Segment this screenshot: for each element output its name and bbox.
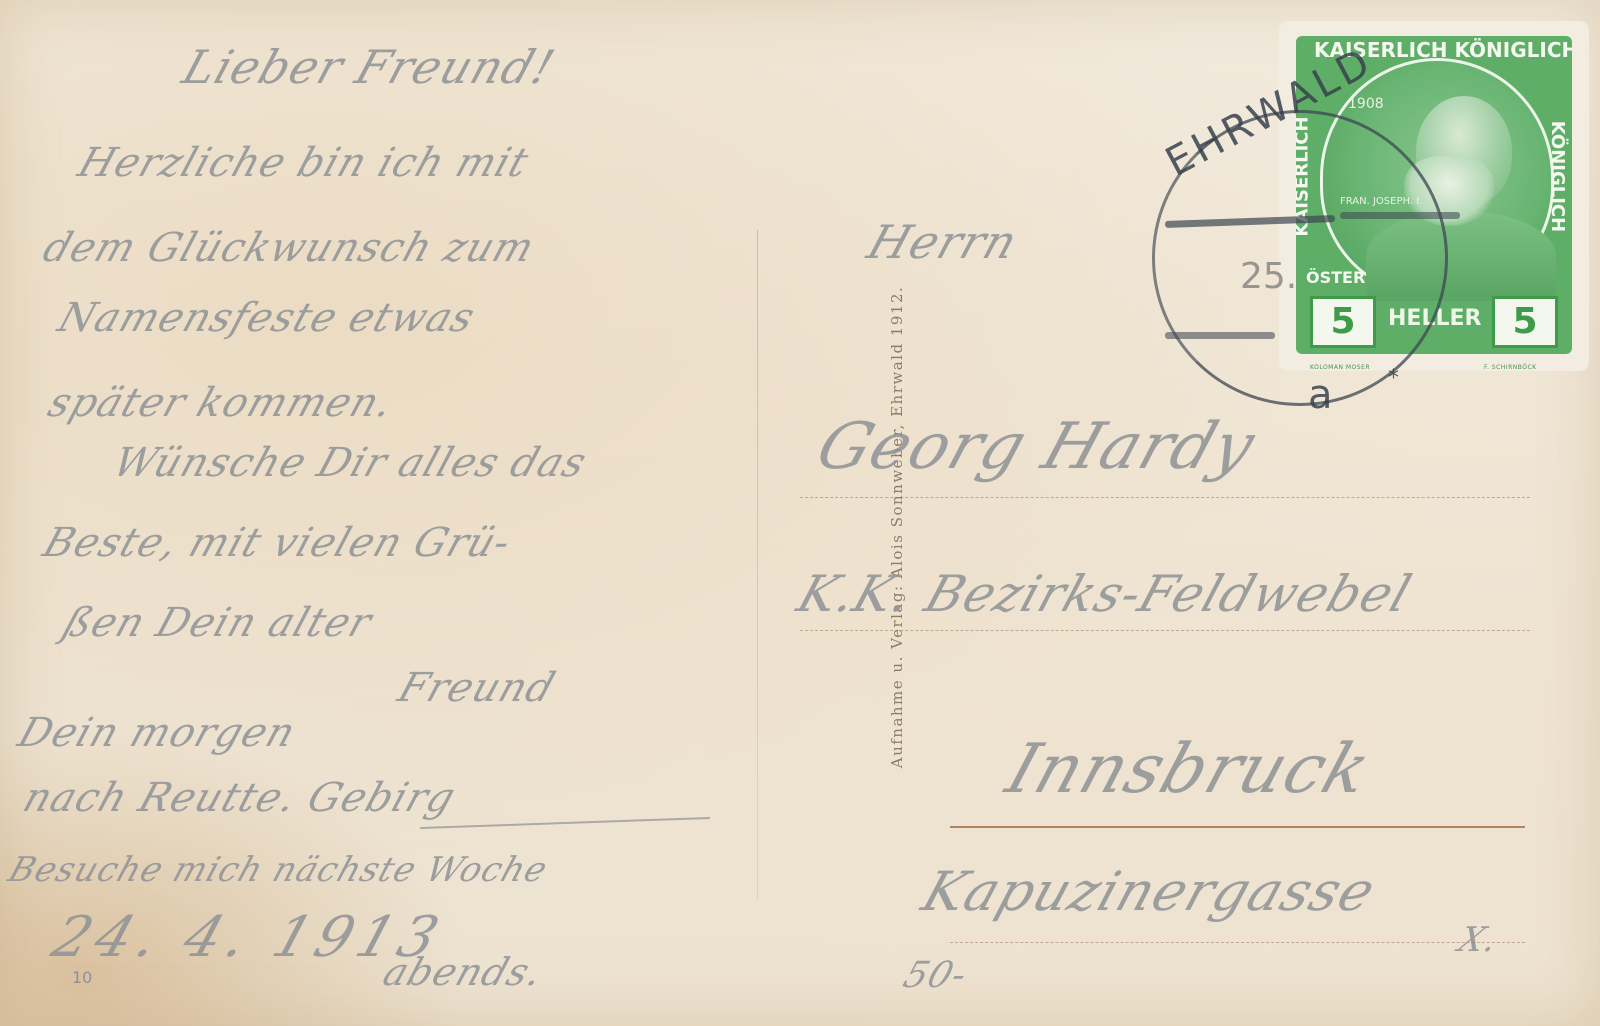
postmark-date: 25. [1240,256,1297,297]
corner-note: 10 [72,968,92,987]
message-signature: Freund [393,665,562,711]
address-street: Kapuzinergasse [915,860,1384,923]
address-title: K.K. Bezirks-Feldwebel [791,565,1419,623]
message-line: Besuche mich nächste Woche [4,850,553,890]
address-line-2 [800,630,1530,631]
price-note: 50- [898,955,972,996]
message-line: Herzliche bin ich mit [73,140,535,186]
stamp-engraver: F. SCHIRNBÖCK [1484,364,1537,371]
message-line: Wünsche Dir alles das [108,440,593,486]
message-line: Dein morgen [13,710,302,756]
address-line-1 [800,497,1530,498]
message-line: Namensfeste etwas [53,295,482,341]
address-salutation: Herrn [861,215,1024,269]
postmark-star: * [1388,366,1399,391]
message-line: Beste, mit vielen Grü- [38,520,518,566]
postmark-letter: a [1308,372,1333,418]
address-street-suffix: X. [1454,920,1504,960]
message-line: dem Glückwunsch zum [38,225,541,271]
publisher-imprint: Aufnahme u. Verlag: Alois Sonnweber, Ehr… [888,237,912,817]
stamp-year: 1908 [1348,96,1384,112]
message-line: abends. [378,950,549,994]
message-line: ßen Dein alter [58,600,378,646]
signature-underline [420,817,710,829]
postmark-bar-top-right [1340,212,1460,219]
address-line-4 [950,942,1525,943]
divider-line [757,230,758,900]
message-line: später kommen. [43,380,400,426]
postcard-back: Lieber Freund! Herzliche bin ich mit dem… [0,0,1600,1026]
stamp-right-text: KÖNIGLICH [1547,121,1568,232]
stamp-value-right: 5 [1492,296,1558,348]
postmark-bar-bottom [1165,332,1275,339]
address-city: Innsbruck [997,730,1380,809]
message-greeting: Lieber Freund! [176,40,562,94]
message-line: nach Reutte. Gebirg [18,775,462,821]
address-line-3 [950,826,1525,828]
address-name: Georg Hardy [808,410,1264,484]
